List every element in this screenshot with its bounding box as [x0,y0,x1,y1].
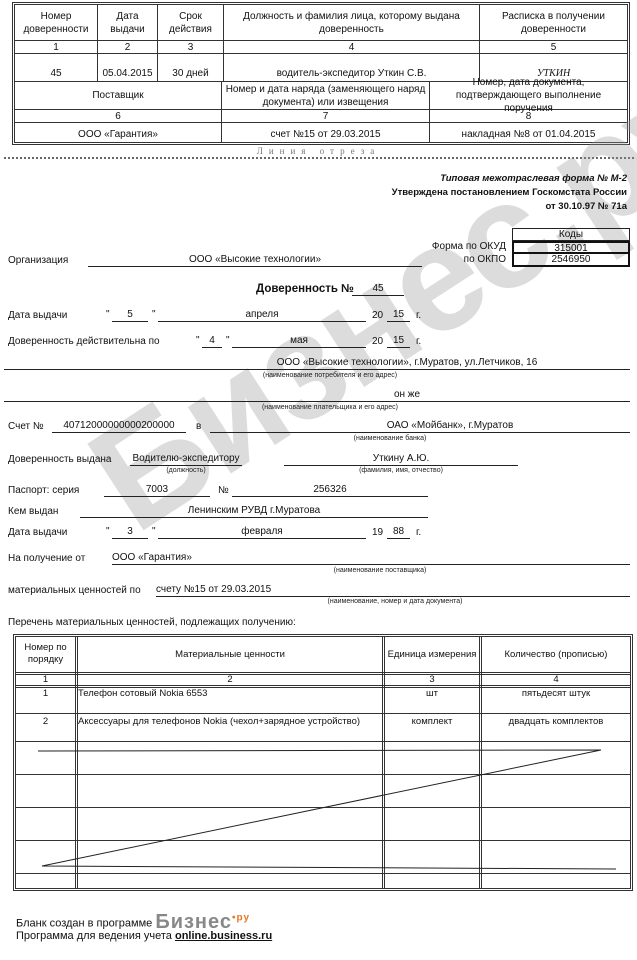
valid-year-field[interactable]: 15 [387,335,410,348]
year-suffix: г. [416,527,421,538]
stub-header-receipt: Расписка в получении доверенности [480,5,627,41]
form-type: Типовая межотраслевая форма № М-2 [440,173,627,184]
position-hint: (должность) [130,467,242,474]
consumer-field[interactable]: ООО «Высокие технологии», г.Муратов, ул.… [4,357,630,370]
stub-colnum: 5 [480,41,627,54]
passport-number-field[interactable]: 256326 [232,484,428,497]
doc-hint: (наименование, номер и дата документа) [300,598,490,605]
person-hint: (фамилия, имя, отчество) [284,467,518,474]
position-field[interactable]: Водителю-экспедитору [130,453,242,466]
payer-field[interactable]: он же [4,389,630,402]
supplier-hint: (наименование поставщика) [300,567,460,574]
passport-date-label: Дата выдачи [8,527,67,538]
stub-colnum: 4 [224,41,480,54]
quote-mark: " [196,335,200,346]
quote-mark: " [152,309,156,320]
passport-month-field[interactable]: февраля [158,526,366,539]
issue-century: 20 [372,310,383,321]
stub-header-order: Номер и дата наряда (заменяющего наряд д… [222,82,430,110]
stub-value-confirm-doc: накладная №8 от 01.04.2015 [430,123,627,142]
strikeout-z-line [16,637,630,888]
footer-line2: Программа для ведения учета [16,930,172,942]
stub-header-term: Срок действия [158,5,224,41]
passport-series-field[interactable]: 7003 [104,484,210,497]
passport-day-field[interactable]: 3 [112,526,148,539]
codes-title: Коды [512,228,630,241]
stub-colnum: 2 [98,41,158,54]
stub-table: Номер доверенности Дата выдачи Срок дейс… [12,2,630,145]
stub-colnum: 7 [222,110,430,123]
stub-value-date: 05.04.2015 [98,54,158,82]
okpo-code: 2546950 [512,254,630,267]
okud-code: 315001 [512,241,630,254]
quote-mark: " [226,335,230,346]
stub-value-number: 45 [15,54,98,82]
stub-header-supplier: Поставщик [15,82,222,110]
issued-by-label: Кем выдан [8,506,58,517]
stub-header-confirm-doc: Номер, дата документа, подтверждающего в… [430,82,627,110]
issue-day-field[interactable]: 5 [112,309,148,322]
consumer-hint: (наименование потребителя и его адрес) [210,372,450,379]
stub-header-number: Номер доверенности [15,5,98,41]
codes-box: Коды 315001 2546950 Форма по ОКУД по ОКП… [512,228,630,267]
payer-hint: (наименование плательщика и его адрес) [210,404,450,411]
year-suffix: г. [416,336,421,347]
doc-number-field[interactable]: 45 [352,283,404,296]
bank-field[interactable]: ОАО «Мойбанк», г.Муратов [210,420,630,433]
brand-suffix: •ру [232,912,250,923]
quote-mark: " [152,526,156,537]
stub-colnum: 3 [158,41,224,54]
valid-day-field[interactable]: 4 [202,335,222,348]
stub-colnum: 1 [15,41,98,54]
items-table: Номер по порядку Материальные ценности Е… [13,634,633,891]
stub-header-date: Дата выдачи [98,5,158,41]
approval-date: от 30.10.97 № 71а [545,201,627,212]
valid-month-field[interactable]: мая [232,335,366,348]
okud-label: Форма по ОКУД [432,241,506,252]
in-label: в [196,421,201,432]
by-doc-label: материальных ценностей по [8,585,141,596]
stub-value-term: 30 дней [158,54,224,82]
issue-date-label: Дата выдачи [8,310,67,321]
receive-from-label: На получение от [8,553,85,564]
okpo-label: по ОКПО [464,254,506,265]
footer-link[interactable]: online.business.ru [175,930,272,942]
quote-mark: " [106,309,110,320]
stub-header-position: Должность и фамилия лица, которому выдан… [224,5,480,41]
issued-by-field[interactable]: Ленинским РУВД г.Муратова [80,505,428,518]
passport-no-label: № [218,485,229,496]
supplier-field[interactable]: ООО «Гарантия» [112,552,630,565]
year-suffix: г. [416,310,421,321]
doc-title: Доверенность № [256,283,354,295]
valid-century: 20 [372,336,383,347]
org-field[interactable]: ООО «Высокие технологии» [88,254,422,267]
issue-year-field[interactable]: 15 [387,309,410,322]
person-field[interactable]: Уткину А.Ю. [284,453,518,466]
passport-century: 19 [372,527,383,538]
issue-month-field[interactable]: апреля [158,309,366,322]
cut-line-label: Линия отреза [0,146,637,156]
footer-line1: Бланк создан в программе [16,918,152,930]
bank-hint: (наименование банка) [330,435,450,442]
account-label: Счет № [8,421,44,432]
account-field[interactable]: 40712000000000200000 [52,420,186,433]
issued-to-label: Доверенность выдана [8,454,112,465]
doc-field[interactable]: счету №15 от 29.03.2015 [156,584,630,597]
footer: Бланк создан в программе Бизнес•ру Прогр… [16,912,272,942]
stub-value-order: счет №15 от 29.03.2015 [222,123,430,142]
passport-year-field[interactable]: 88 [387,526,410,539]
approval-text: Утверждена постановлением Госкомстата Ро… [392,187,627,198]
valid-until-label: Доверенность действительна по [8,336,160,347]
list-label: Перечень материальных ценностей, подлежа… [8,617,296,628]
cut-line [4,157,634,159]
quote-mark: " [106,526,110,537]
passport-series-label: Паспорт: серия [8,485,79,496]
stub-value-supplier: ООО «Гарантия» [15,123,222,142]
stub-colnum: 6 [15,110,222,123]
stub-colnum: 8 [430,110,627,123]
org-label: Организация [8,255,68,266]
